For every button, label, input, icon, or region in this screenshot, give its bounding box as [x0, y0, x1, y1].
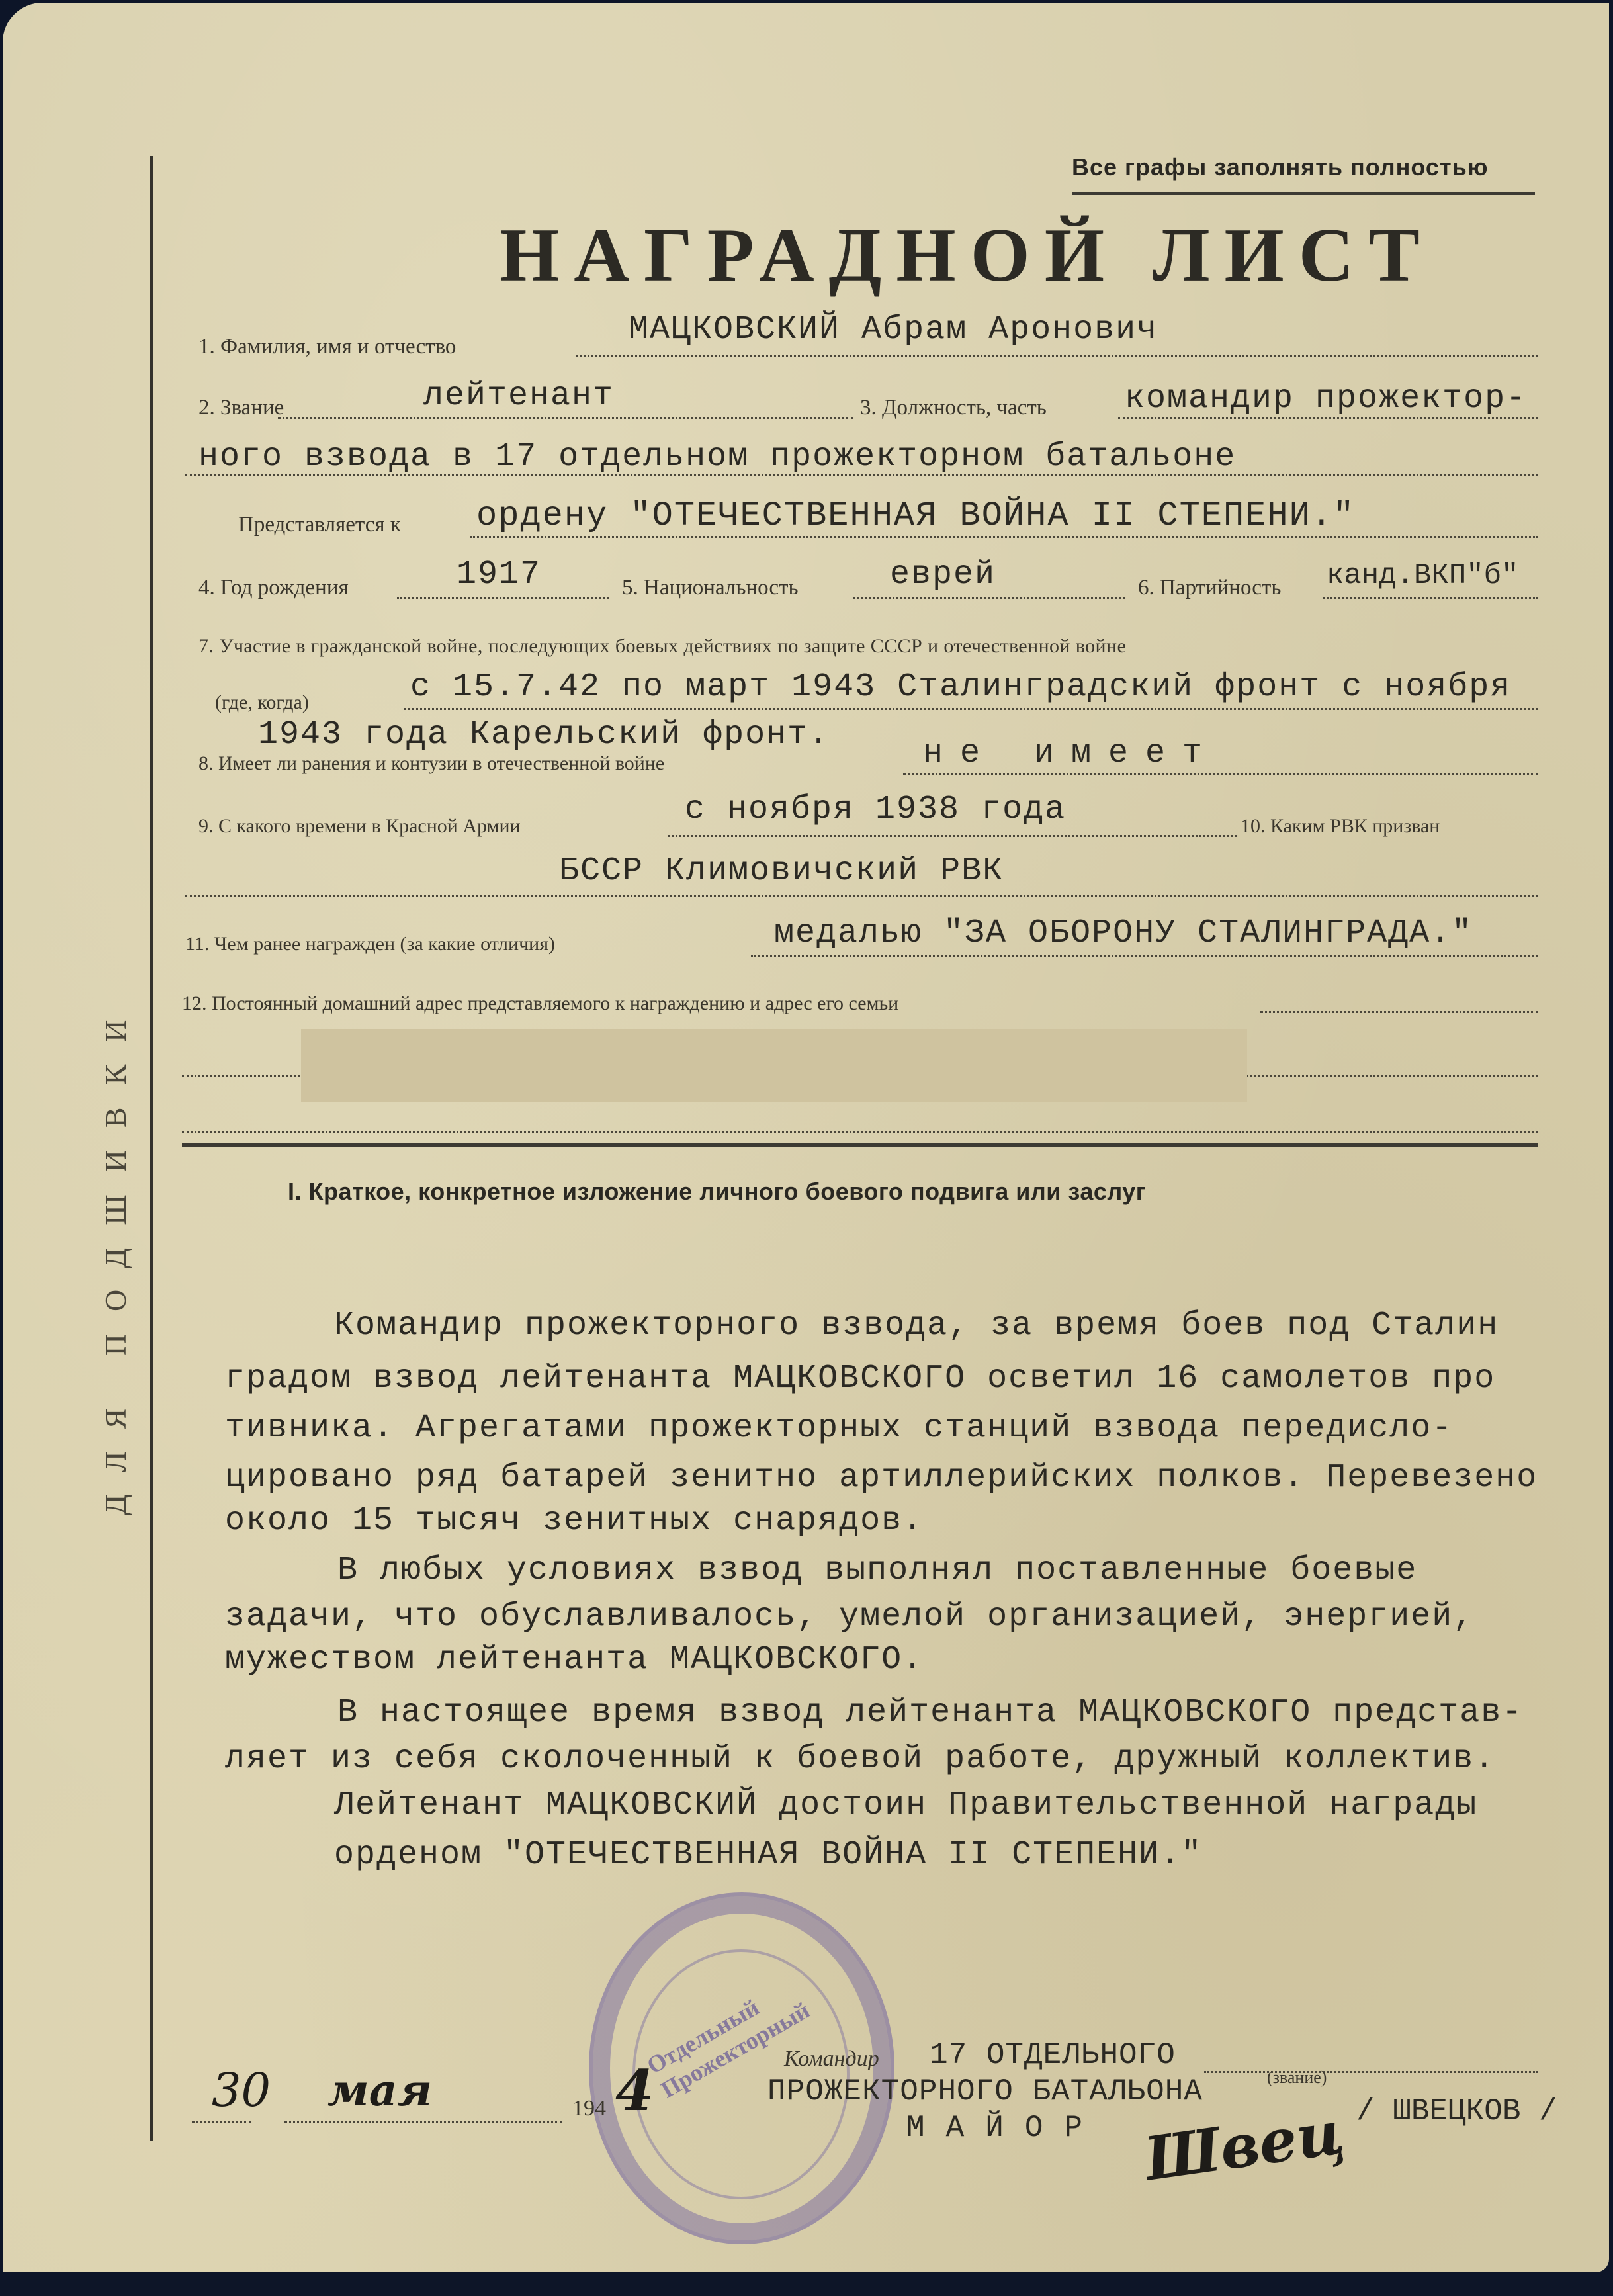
field-5-line [853, 597, 1125, 599]
field-12-label: 12. Постоянный домашний адрес представля… [182, 993, 898, 1015]
date-year-prefix: 194 [572, 2096, 606, 2121]
date-day-line [192, 2121, 251, 2123]
field-4-line [397, 597, 609, 599]
field-10-value: БССР Климовичский РВК [559, 852, 1004, 890]
field-8-value: не имеет [923, 734, 1219, 772]
date-year-suffix: 4 [615, 2058, 654, 2123]
date-day: 30 [212, 2063, 271, 2117]
field-7-line [404, 708, 1538, 710]
rank-hint: (звание) [1267, 2068, 1327, 2088]
commander-label: Командир [784, 2047, 879, 2072]
field-6-value: канд.ВКП"б" [1327, 559, 1518, 592]
field-4-label: 4. Год рождения [198, 576, 349, 600]
field-2-label: 2. Звание [198, 396, 284, 420]
field-10-line [185, 895, 1538, 897]
field-7-label: 7. Участие в гражданской войне, последую… [198, 635, 1126, 658]
nominated-line [470, 536, 1538, 538]
field-12-line-1 [1260, 1011, 1538, 1013]
field-11-line [751, 955, 1538, 957]
field-6-line [1323, 597, 1538, 599]
binding-margin-label: ДЛЯ ПОДШИВКИ [98, 998, 133, 1516]
merit-line-1: Командир прожекторного взвода, за время … [334, 1297, 1613, 1355]
page-title: НАГРАДНОЙ ЛИСТ [500, 212, 1434, 300]
field-2-line [278, 417, 853, 419]
date-month-line [284, 2121, 562, 2123]
field-5-value: еврей [890, 556, 996, 594]
field-11-value: медалью "ЗА ОБОРОНУ СТАЛИНГРАДА." [774, 914, 1473, 952]
field-1-value: МАЦКОВСКИЙ Абрам Аронович [629, 311, 1158, 349]
field-3-line-2 [185, 474, 1538, 476]
section-divider [182, 1143, 1538, 1147]
commander-line [1204, 2071, 1538, 2073]
field-5-label: 5. Национальность [622, 576, 799, 600]
field-9-label: 9. С какого времени в Красной Армии [198, 815, 521, 838]
field-1-label: 1. Фамилия, имя и отчество [198, 335, 456, 359]
field-3-value-line1: командир прожектор- [1125, 380, 1527, 418]
field-7-sublabel: (где, когда) [215, 691, 309, 714]
field-12-line-3 [182, 1131, 1538, 1133]
field-3-line [1118, 417, 1538, 419]
field-1-line [576, 355, 1538, 357]
signer-name: / ШВЕЦКОВ / [1356, 2094, 1557, 2129]
field-8-line [903, 773, 1538, 775]
field-3-label: 3. Должность, часть [860, 396, 1047, 420]
field-9-value: с ноября 1938 года [685, 791, 1066, 828]
commander-rank: МАЙОР [906, 2111, 1104, 2145]
unit-line-2: ПРОЖЕКТОРНОГО БАТАЛЬОНА [767, 2074, 1203, 2109]
unit-line-1: 17 ОТДЕЛЬНОГО [930, 2038, 1176, 2072]
date-month: мая [327, 2064, 432, 2116]
field-2-value: лейтенант [423, 377, 614, 415]
merit-line-12: орденом "ОТЕЧЕСТВЕННАЯ ВОЙНА II СТЕПЕНИ.… [334, 1826, 1613, 1884]
field-7-value-line1: с 15.7.42 по март 1943 Сталинградский фр… [410, 668, 1511, 706]
instruction-note: Все графы заполнять полностью [1072, 154, 1488, 181]
redacted-address [301, 1029, 1247, 1102]
instruction-underline [1072, 192, 1535, 195]
field-7-value-line2: 1943 года Карельский фронт. [258, 716, 830, 754]
nominated-value: ордену "ОТЕЧЕСТВЕННАЯ ВОЙНА II СТЕПЕНИ." [476, 496, 1355, 535]
field-4-value: 1917 [457, 556, 541, 594]
binding-margin-line [150, 156, 153, 2141]
merit-line-8: мужеством лейтенанта МАЦКОВСКОГО. [225, 1631, 1588, 1689]
field-3-value-line2: ного взвода в 17 отдельном прожекторном … [198, 438, 1236, 476]
field-6-label: 6. Партийность [1138, 576, 1281, 600]
field-10-label: 10. Каким РВК призван [1241, 815, 1440, 838]
field-11-label: 11. Чем ранее награжден (за какие отличи… [185, 933, 555, 955]
nominated-label: Представляется к [238, 513, 401, 537]
section-heading: I. Краткое, конкретное изложение личного… [288, 1178, 1146, 1206]
field-9-line [668, 835, 1237, 837]
field-8-label: 8. Имеет ли ранения и контузии в отечест… [198, 752, 664, 775]
